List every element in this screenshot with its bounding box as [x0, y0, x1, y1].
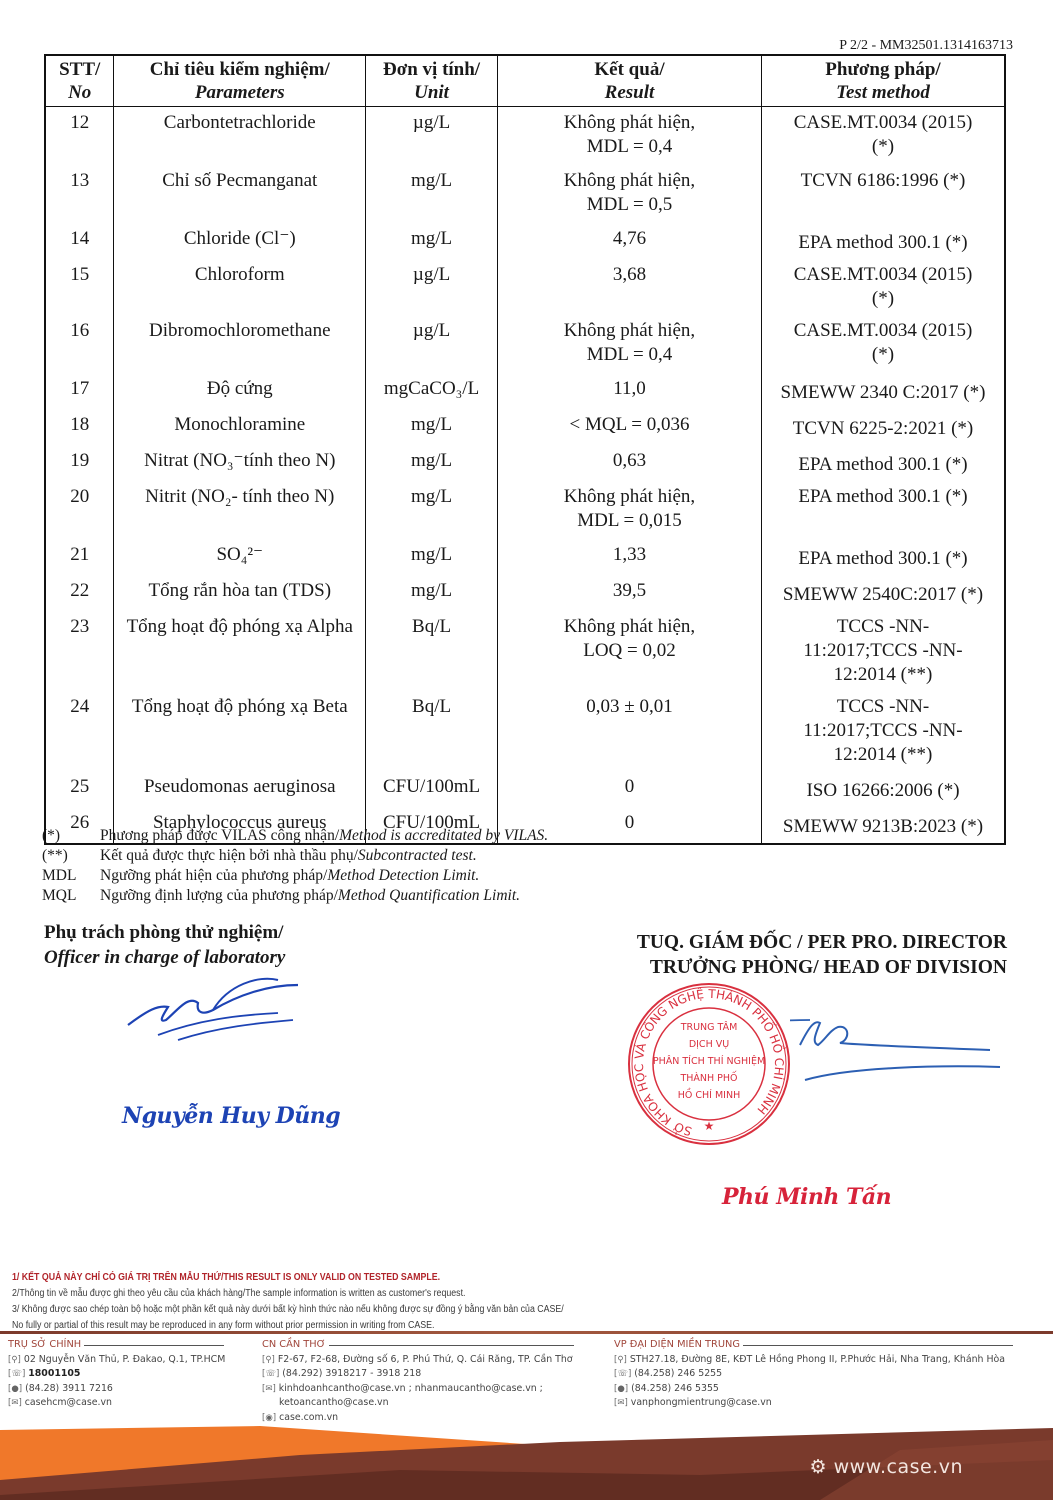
- footnote: (*)Phương pháp được VILAS công nhận/ Met…: [42, 826, 548, 846]
- row-method: CASE.MT.0034 (2015)(*): [762, 259, 1006, 315]
- cell-line: MDL = 0,5: [502, 193, 757, 217]
- row-parameter: Pseudomonas aeruginosa: [114, 771, 366, 807]
- footnote-vi: Phương pháp được VILAS công nhận/: [100, 826, 339, 846]
- row-unit: mg/L: [366, 223, 498, 259]
- cell-line: MDL = 0,4: [502, 135, 757, 159]
- mail-icon: [✉]: [262, 1382, 276, 1397]
- table-row: 13Chỉ số Pecmanganatmg/LKhông phát hiện,…: [45, 165, 1005, 223]
- row-parameter: Chỉ số Pecmanganat: [114, 165, 366, 223]
- office-line: [⚲]STH27.18, Đường 8E, KĐT Lê Hồng Phong…: [614, 1353, 1013, 1368]
- location-icon: [⚲]: [8, 1353, 21, 1368]
- cell-line: < MQL = 0,036: [502, 413, 757, 437]
- row-unit: µg/L: [366, 107, 498, 166]
- officer-title-vi: Phụ trách phòng thử nghiệm/: [44, 920, 285, 945]
- svg-text:THÀNH PHỐ: THÀNH PHỐ: [679, 1071, 737, 1084]
- phone-icon: [☏]: [8, 1367, 25, 1382]
- row-result: 0: [497, 771, 761, 807]
- row-parameter: Tổng rắn hòa tan (TDS): [114, 575, 366, 611]
- cell-line: 11:2017;TCCS -NN-: [766, 719, 1000, 743]
- row-result: 11,0: [497, 373, 761, 409]
- row-result: < MQL = 0,036: [497, 409, 761, 445]
- header-unit: Đơn vị tính/Unit: [366, 55, 498, 107]
- row-method: SMEWW 9213B:2023 (*): [762, 807, 1006, 844]
- cell-line: 11,0: [502, 377, 757, 401]
- phone-icon: [☏]: [262, 1367, 279, 1382]
- cell-line: EPA method 300.1 (*): [766, 485, 1000, 509]
- cell-line: (*): [766, 287, 1000, 311]
- row-no: 17: [45, 373, 114, 409]
- fax-icon: [●]: [8, 1382, 22, 1397]
- officer-signature: [118, 965, 318, 1045]
- footnote-vi: Kết quả được thực hiện bởi nhà thầu phụ/: [100, 846, 358, 866]
- row-unit: mg/L: [366, 445, 498, 481]
- row-unit: µg/L: [366, 315, 498, 373]
- office-title: CN CẦN THƠ: [262, 1338, 574, 1353]
- cell-line: Không phát hiện,: [502, 615, 757, 639]
- row-unit: mg/L: [366, 575, 498, 611]
- row-method: TCVN 6225-2:2021 (*): [762, 409, 1006, 445]
- row-no: 12: [45, 107, 114, 166]
- header-test-method: Phương pháp/Test method: [762, 55, 1006, 107]
- cell-line: TCVN 6225-2:2021 (*): [766, 417, 1000, 441]
- svg-text:PHÂN TÍCH THÍ NGHIỆM: PHÂN TÍCH THÍ NGHIỆM: [653, 1055, 765, 1067]
- row-parameter: Tổng hoạt độ phóng xạ Beta: [114, 691, 366, 771]
- cell-line: SMEWW 9213B:2023 (*): [766, 815, 1000, 839]
- row-unit: mg/L: [366, 165, 498, 223]
- results-table: STT/No Chỉ tiêu kiểm nghiệm/Parameters Đ…: [44, 54, 1006, 845]
- director-signature: [790, 1005, 1020, 1095]
- row-no: 19: [45, 445, 114, 481]
- row-parameter: Độ cứng: [114, 373, 366, 409]
- row-method: CASE.MT.0034 (2015)(*): [762, 315, 1006, 373]
- table-row: 19Nitrat (NO₃⁻tính theo N)mg/L0,63EPA me…: [45, 445, 1005, 481]
- row-unit: CFU/100mL: [366, 771, 498, 807]
- table-row: 12Carbontetrachlorideµg/LKhông phát hiện…: [45, 107, 1005, 166]
- row-result: Không phát hiện,MDL = 0,5: [497, 165, 761, 223]
- cell-line: 0: [502, 775, 757, 799]
- row-parameter: Nitrat (NO₃⁻tính theo N): [114, 445, 366, 481]
- cell-line: LOQ = 0,02: [502, 639, 757, 663]
- cell-line: EPA method 300.1 (*): [766, 453, 1000, 477]
- office-line: [☏](84.258) 246 5255: [614, 1367, 1013, 1382]
- footnote: (**) Kết quả được thực hiện bởi nhà thầu…: [42, 846, 548, 866]
- row-result: 0,63: [497, 445, 761, 481]
- table-row: 14Chloride (Cl⁻)mg/L4,76EPA method 300.1…: [45, 223, 1005, 259]
- cell-line: 11:2017;TCCS -NN-: [766, 639, 1000, 663]
- svg-text:★: ★: [704, 1119, 715, 1133]
- results-table-body: 12Carbontetrachlorideµg/LKhông phát hiện…: [45, 107, 1005, 845]
- cell-line: CASE.MT.0034 (2015): [766, 263, 1000, 287]
- row-unit: mgCaCO₃/L: [366, 373, 498, 409]
- table-header-row: STT/No Chỉ tiêu kiểm nghiệm/Parameters Đ…: [45, 55, 1005, 107]
- row-no: 14: [45, 223, 114, 259]
- row-unit: mg/L: [366, 409, 498, 445]
- cell-line: EPA method 300.1 (*): [766, 231, 1000, 255]
- row-parameter: Tổng hoạt độ phóng xạ Alpha: [114, 611, 366, 691]
- cell-line: Không phát hiện,: [502, 485, 757, 509]
- cell-line: Không phát hiện,: [502, 111, 757, 135]
- director-title: TUQ. GIÁM ĐỐC / PER PRO. DIRECTOR TRƯỞNG…: [637, 930, 1007, 980]
- row-parameter: Monochloramine: [114, 409, 366, 445]
- row-result: Không phát hiện,MDL = 0,4: [497, 107, 761, 166]
- office-line: [⚲]02 Nguyễn Văn Thủ, P. Đakao, Q.1, TP.…: [8, 1353, 225, 1368]
- row-no: 23: [45, 611, 114, 691]
- cell-line: ISO 16266:2006 (*): [766, 779, 1000, 803]
- header-no: STT/No: [45, 55, 114, 107]
- disclaimer-line-1: 1/ KẾT QUẢ NÀY CHỈ CÓ GIÁ TRỊ TRÊN MẪU T…: [12, 1270, 564, 1286]
- row-no: 25: [45, 771, 114, 807]
- table-row: 17Độ cứngmgCaCO₃/L11,0SMEWW 2340 C:2017 …: [45, 373, 1005, 409]
- page-reference: P 2/2 - MM32501.1314163713: [839, 38, 1013, 54]
- footnote: MDLNgưỡng phát hiện của phương pháp/ Met…: [42, 866, 548, 886]
- office-title: VP ĐẠI DIỆN MIỀN TRUNG: [614, 1338, 1013, 1353]
- director-title-line2: TRƯỞNG PHÒNG/ HEAD OF DIVISION: [637, 955, 1007, 980]
- office-line: ketoancantho@case.vn: [262, 1396, 574, 1411]
- row-method: TCCS -NN-11:2017;TCCS -NN-12:2014 (**): [762, 691, 1006, 771]
- table-row: 18Monochloraminemg/L< MQL = 0,036TCVN 62…: [45, 409, 1005, 445]
- cell-line: (*): [766, 135, 1000, 159]
- row-no: 21: [45, 539, 114, 575]
- cell-line: Không phát hiện,: [502, 319, 757, 343]
- footnote-key: MDL: [42, 866, 100, 886]
- office-line: [✉]casehcm@case.vn: [8, 1396, 225, 1411]
- officer-name: Nguyễn Huy Dũng: [122, 1103, 340, 1129]
- footnote-key: (**): [42, 846, 100, 866]
- table-row: 22Tổng rắn hòa tan (TDS)mg/L39,5SMEWW 25…: [45, 575, 1005, 611]
- header-result: Kết quả/Result: [497, 55, 761, 107]
- office-can-tho: CN CẦN THƠ[⚲]F2-67, F2-68, Đường số 6, P…: [262, 1338, 574, 1425]
- svg-text:DỊCH VỤ: DỊCH VỤ: [689, 1039, 729, 1050]
- row-no: 22: [45, 575, 114, 611]
- cell-line: TCVN 6186:1996 (*): [766, 169, 1000, 193]
- table-row: 15Chloroformµg/L3,68CASE.MT.0034 (2015)(…: [45, 259, 1005, 315]
- row-parameter: Chloride (Cl⁻): [114, 223, 366, 259]
- disclaimer-line-3: 3/ Không được sao chép toàn bộ hoặc một …: [12, 1302, 564, 1318]
- cell-line: 39,5: [502, 579, 757, 603]
- director-title-line1: TUQ. GIÁM ĐỐC / PER PRO. DIRECTOR: [637, 930, 1007, 955]
- footnote-vi: Ngưỡng phát hiện của phương pháp/: [100, 866, 327, 886]
- cell-line: CASE.MT.0034 (2015): [766, 319, 1000, 343]
- mail-icon: [✉]: [8, 1396, 22, 1411]
- officer-title: Phụ trách phòng thử nghiệm/ Officer in c…: [44, 920, 285, 970]
- row-no: 15: [45, 259, 114, 315]
- location-icon: [⚲]: [262, 1353, 275, 1368]
- cell-line: SMEWW 2540C:2017 (*): [766, 583, 1000, 607]
- row-result: Không phát hiện,LOQ = 0,02: [497, 611, 761, 691]
- footnotes: (*)Phương pháp được VILAS công nhận/ Met…: [42, 826, 548, 906]
- table-row: 20Nitrit (NO₂- tính theo N)mg/LKhông phá…: [45, 481, 1005, 539]
- row-method: SMEWW 2340 C:2017 (*): [762, 373, 1006, 409]
- row-no: 24: [45, 691, 114, 771]
- location-icon: [⚲]: [614, 1353, 627, 1368]
- footnote-en: Method Quantification Limit.: [338, 886, 520, 906]
- row-method: SMEWW 2540C:2017 (*): [762, 575, 1006, 611]
- row-no: 13: [45, 165, 114, 223]
- row-result: 1,33: [497, 539, 761, 575]
- office-title: TRỤ SỞ CHÍNH: [8, 1338, 225, 1353]
- cell-line: TCCS -NN-: [766, 695, 1000, 719]
- cell-line: 3,68: [502, 263, 757, 287]
- footer-divider: [0, 1331, 1053, 1334]
- cell-line: Không phát hiện,: [502, 169, 757, 193]
- row-method: EPA method 300.1 (*): [762, 481, 1006, 539]
- office-line: [☏](84.292) 3918217 - 3918 218: [262, 1367, 574, 1382]
- office-head-office: TRỤ SỞ CHÍNH[⚲]02 Nguyễn Văn Thủ, P. Đak…: [8, 1338, 225, 1411]
- table-row: 16Dibromochloromethaneµg/LKhông phát hiệ…: [45, 315, 1005, 373]
- cell-line: (*): [766, 343, 1000, 367]
- footnote-key: MQL: [42, 886, 100, 906]
- row-method: TCCS -NN-11:2017;TCCS -NN-12:2014 (**): [762, 611, 1006, 691]
- cell-line: MDL = 0,4: [502, 343, 757, 367]
- footnote: MQLNgưỡng định lượng của phương pháp/ Me…: [42, 886, 548, 906]
- header-parameters: Chỉ tiêu kiểm nghiệm/Parameters: [114, 55, 366, 107]
- svg-text:TRUNG TÂM: TRUNG TÂM: [680, 1021, 738, 1033]
- cell-line: 0,03 ± 0,01: [502, 695, 757, 719]
- footnote-en: Method Detection Limit.: [327, 866, 479, 886]
- row-parameter: Chloroform: [114, 259, 366, 315]
- cell-line: 12:2014 (**): [766, 663, 1000, 687]
- office-line: [●](84.28) 3911 7216: [8, 1382, 225, 1397]
- office-central: VP ĐẠI DIỆN MIỀN TRUNG[⚲]STH27.18, Đường…: [614, 1338, 1013, 1411]
- cell-line: 4,76: [502, 227, 757, 251]
- disclaimer: 1/ KẾT QUẢ NÀY CHỈ CÓ GIÁ TRỊ TRÊN MẪU T…: [12, 1270, 564, 1334]
- stamp-center-text: TRUNG TÂMDỊCH VỤPHÂN TÍCH THÍ NGHIỆMTHÀN…: [653, 1021, 765, 1101]
- table-row: 25Pseudomonas aeruginosaCFU/100mL0ISO 16…: [45, 771, 1005, 807]
- row-result: 39,5: [497, 575, 761, 611]
- website-link[interactable]: ⚙ www.case.vn: [810, 1456, 964, 1478]
- cell-line: 0,63: [502, 449, 757, 473]
- office-line: [●](84.258) 246 5355: [614, 1382, 1013, 1397]
- footnote-en: Subcontracted test.: [358, 846, 477, 866]
- row-no: 16: [45, 315, 114, 373]
- row-method: EPA method 300.1 (*): [762, 445, 1006, 481]
- row-no: 20: [45, 481, 114, 539]
- row-method: EPA method 300.1 (*): [762, 223, 1006, 259]
- row-parameter: Dibromochloromethane: [114, 315, 366, 373]
- cell-line: SMEWW 2340 C:2017 (*): [766, 381, 1000, 405]
- row-parameter: Carbontetrachloride: [114, 107, 366, 166]
- table-row: 23Tổng hoạt độ phóng xạ AlphaBq/LKhông p…: [45, 611, 1005, 691]
- row-method: TCVN 6186:1996 (*): [762, 165, 1006, 223]
- table-row: 24Tổng hoạt độ phóng xạ BetaBq/L0,03 ± 0…: [45, 691, 1005, 771]
- row-result: Không phát hiện,MDL = 0,4: [497, 315, 761, 373]
- disclaimer-line-2: 2/Thông tin về mẫu được ghi theo yêu cầu…: [12, 1286, 564, 1302]
- office-line: [☏]18001105: [8, 1367, 225, 1382]
- cell-line: TCCS -NN-: [766, 615, 1000, 639]
- table-row: 21SO₄²⁻mg/L1,33EPA method 300.1 (*): [45, 539, 1005, 575]
- globe-icon: ⚙: [810, 1456, 834, 1478]
- row-result: 0,03 ± 0,01: [497, 691, 761, 771]
- mail-icon: [✉]: [614, 1396, 628, 1411]
- fax-icon: [●]: [614, 1382, 628, 1397]
- footnote-key: (*): [42, 826, 100, 846]
- footnote-vi: Ngưỡng định lượng của phương pháp/: [100, 886, 338, 906]
- row-no: 18: [45, 409, 114, 445]
- row-parameter: SO₄²⁻: [114, 539, 366, 575]
- official-stamp: SỞ KHOA HỌC VÀ CÔNG NGHỆ THÀNH PHỐ HỒ CH…: [624, 982, 794, 1147]
- cell-line: MDL = 0,015: [502, 509, 757, 533]
- row-result: 4,76: [497, 223, 761, 259]
- office-line: [✉]vanphongmientrung@case.vn: [614, 1396, 1013, 1411]
- office-line: [✉]kinhdoanhcantho@case.vn ; nhanmaucant…: [262, 1382, 574, 1397]
- cell-line: 12:2014 (**): [766, 743, 1000, 767]
- cell-line: EPA method 300.1 (*): [766, 547, 1000, 571]
- row-parameter: Nitrit (NO₂- tính theo N): [114, 481, 366, 539]
- row-result: Không phát hiện,MDL = 0,015: [497, 481, 761, 539]
- svg-text:HỒ CHÍ MINH: HỒ CHÍ MINH: [678, 1088, 741, 1101]
- row-result: 3,68: [497, 259, 761, 315]
- row-unit: mg/L: [366, 481, 498, 539]
- row-unit: Bq/L: [366, 691, 498, 771]
- phone-icon: [☏]: [614, 1367, 631, 1382]
- cell-line: CASE.MT.0034 (2015): [766, 111, 1000, 135]
- cell-line: 1,33: [502, 543, 757, 567]
- director-name: Phú Minh Tấn: [722, 1184, 891, 1210]
- footnote-en: Method is accreditated by VILAS.: [339, 826, 548, 846]
- row-unit: µg/L: [366, 259, 498, 315]
- row-method: ISO 16266:2006 (*): [762, 771, 1006, 807]
- row-method: CASE.MT.0034 (2015)(*): [762, 107, 1006, 166]
- row-unit: mg/L: [366, 539, 498, 575]
- row-method: EPA method 300.1 (*): [762, 539, 1006, 575]
- office-line: [⚲]F2-67, F2-68, Đường số 6, P. Phú Thứ,…: [262, 1353, 574, 1368]
- row-unit: Bq/L: [366, 611, 498, 691]
